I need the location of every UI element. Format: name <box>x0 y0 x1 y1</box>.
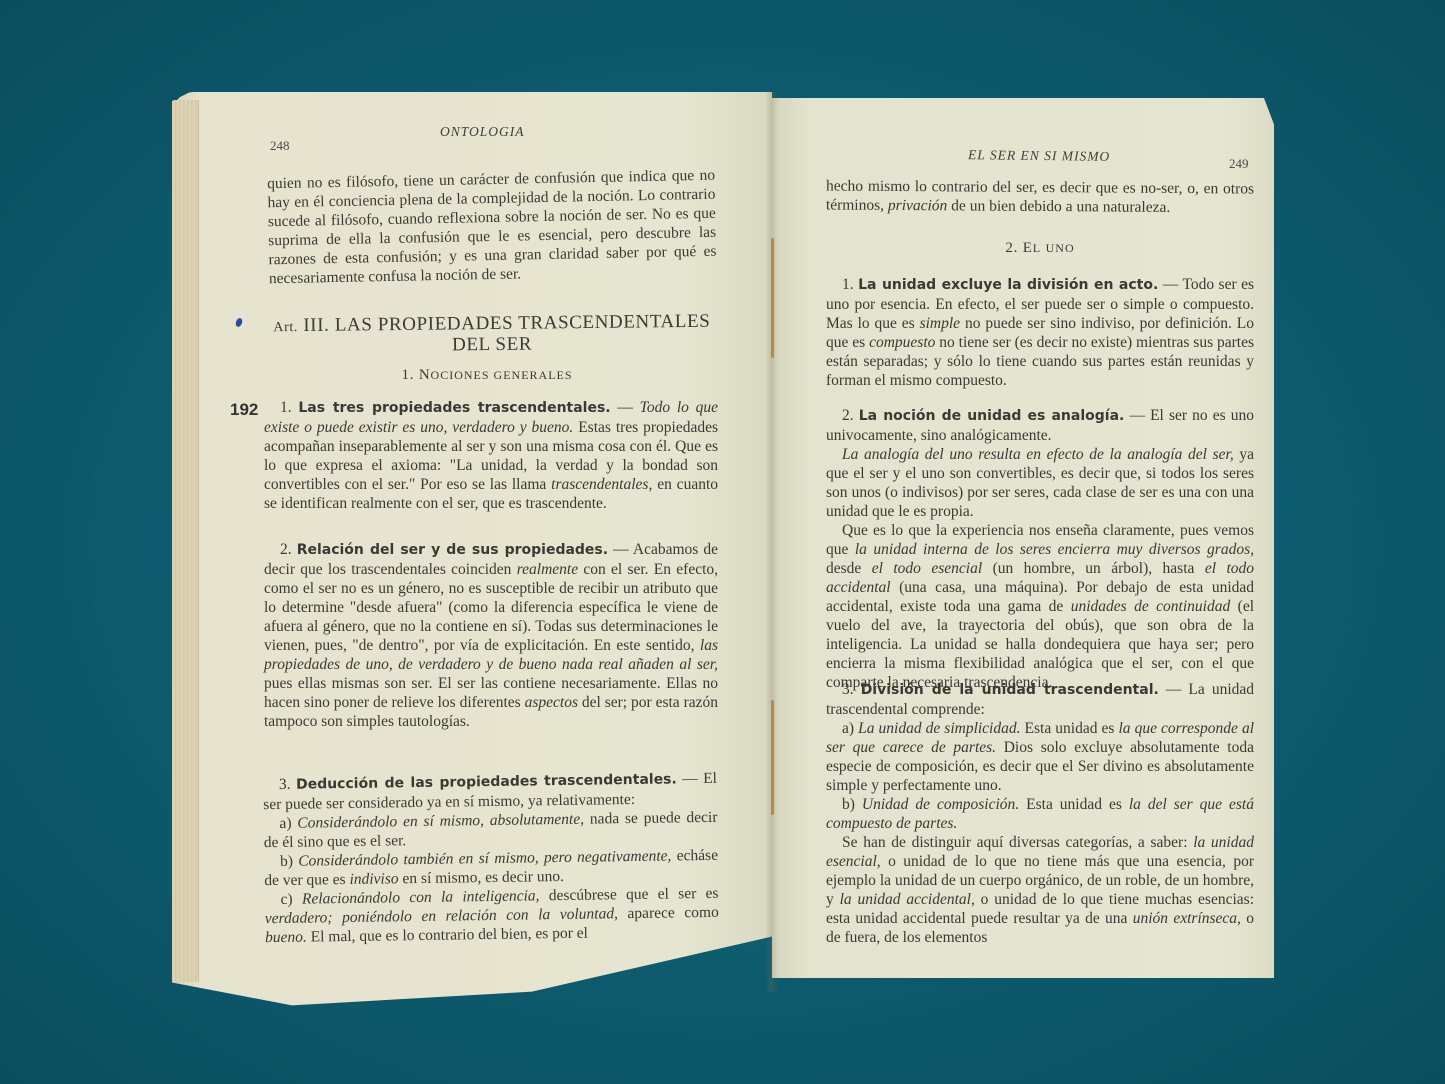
italic-text: Considerándolo en sí mismo, absolutament… <box>297 811 584 832</box>
section-title: UNO <box>1046 241 1075 255</box>
article-prefix: Art. <box>273 320 298 335</box>
italic-text: unión extrínseca, <box>1133 910 1241 927</box>
list-label: b) <box>280 853 293 870</box>
italic-text: La unidad de simplicidad. <box>858 720 1020 737</box>
section-title: Relación del ser y de sus propiedades. <box>297 542 608 558</box>
italic-text: trascendentales, <box>551 476 652 493</box>
right-continuation: hecho mismo lo contrario del ser, es dec… <box>826 177 1254 218</box>
italic-text: Considerándolo también en sí mismo, pero… <box>298 847 671 869</box>
section-title: Deducción de las propiedades trascendent… <box>296 771 677 792</box>
left-section-2: 2. Relación del ser y de sus propiedades… <box>264 540 718 731</box>
item-number: 2. <box>842 407 854 424</box>
left-section-3: 3. Deducción de las propiedades trascend… <box>263 769 719 947</box>
italic-text: la unidad interna de los seres encierra … <box>855 541 1254 558</box>
section-heading-el-uno: 2. EL UNO <box>826 240 1254 257</box>
right-section-2: 2. La noción de unidad es analogía. — El… <box>826 406 1254 692</box>
body-text: desde <box>826 560 861 577</box>
section-number: 2. <box>1005 240 1018 256</box>
left-intro-paragraph: quien no es filósofo, tiene un carácter … <box>267 166 717 289</box>
italic-text: Unidad de composición. <box>862 796 1019 813</box>
article-heading: Art. III. LAS PROPIEDADES TRASCENDENTALE… <box>262 312 722 357</box>
section-title: División de la unidad trascendental. <box>861 682 1159 698</box>
italic-text: privación <box>888 197 948 214</box>
body-text: de un bien debido a una naturaleza. <box>951 197 1170 216</box>
italic-text: el todo esencial <box>872 560 982 577</box>
right-section-1: 1. La unidad excluye la división en acto… <box>826 275 1254 390</box>
italic-text: simple <box>920 315 960 332</box>
section-title: Las tres propiedades trascendentales. <box>298 400 610 416</box>
section-title: OCIONES GENERALES <box>431 368 573 382</box>
right-running-head: EL SER EN SI MISMO <box>968 147 1110 165</box>
list-label: c) <box>280 891 292 908</box>
section-initial: E <box>1023 240 1033 256</box>
item-number: 3. <box>279 776 291 793</box>
italic-text: unidades de continuidad <box>1071 598 1231 615</box>
italic-text: realmente <box>517 561 578 578</box>
book-gutter <box>765 92 779 992</box>
list-label: a) <box>842 720 854 737</box>
section-title: La unidad excluye la división en acto. <box>858 277 1158 293</box>
margin-number: 192 <box>230 400 258 420</box>
italic-text: aspectos <box>525 694 578 711</box>
left-page-number: 248 <box>270 138 290 154</box>
italic-text: bueno. <box>265 929 307 947</box>
binding-thread <box>771 238 774 358</box>
section-number: 1. <box>401 367 414 383</box>
italic-text: indiviso <box>349 870 398 888</box>
section-title: La noción de unidad es analogía. <box>859 408 1125 424</box>
item-number: 1. <box>280 399 292 416</box>
body-text: Esta unidad es <box>1025 720 1115 737</box>
italic-text: compuesto <box>869 334 935 351</box>
item-number: 2. <box>280 541 292 558</box>
italic-text: La analogía del uno resulta en efecto de… <box>842 446 1234 463</box>
body-text: El mal, que es lo contrario del bien, es… <box>311 925 588 946</box>
italic-text: Relacionándolo con la inteligencia, <box>302 887 540 907</box>
section-initial: N <box>419 367 431 383</box>
section-title-part: L <box>1033 241 1041 255</box>
item-number: 3. <box>842 681 854 698</box>
body-text: descúbrese que el ser es <box>549 885 719 904</box>
body-text: (un hombre, un árbol), hasta <box>993 560 1195 577</box>
list-label: b) <box>842 796 855 813</box>
left-running-head: ONTOLOGIA <box>440 124 525 140</box>
page-edges <box>172 100 199 982</box>
right-section-3: 3. División de la unidad trascendental. … <box>826 680 1254 947</box>
body-text: aparece como <box>627 904 719 922</box>
body-text: Esta unidad es <box>1026 796 1122 813</box>
body-text: Se han de distinguir aquí diversas categ… <box>842 834 1188 851</box>
italic-text: verdadero; poniéndolo en relación con la… <box>265 905 618 927</box>
section-heading-nociones: 1. NOCIONES GENERALES <box>262 367 712 384</box>
right-page-number: 249 <box>1229 156 1249 172</box>
italic-text: la unidad accidental, <box>840 891 975 908</box>
item-number: 1. <box>842 276 854 293</box>
binding-thread <box>771 700 774 815</box>
body-text: en sí mismo, es decir uno. <box>402 868 564 887</box>
list-label: a) <box>279 815 291 832</box>
left-section-1: 1. Las tres propiedades trascendentales.… <box>264 398 718 513</box>
article-heading-line1: III. LAS PROPIEDADES TRASCENDENTALES <box>303 311 710 336</box>
